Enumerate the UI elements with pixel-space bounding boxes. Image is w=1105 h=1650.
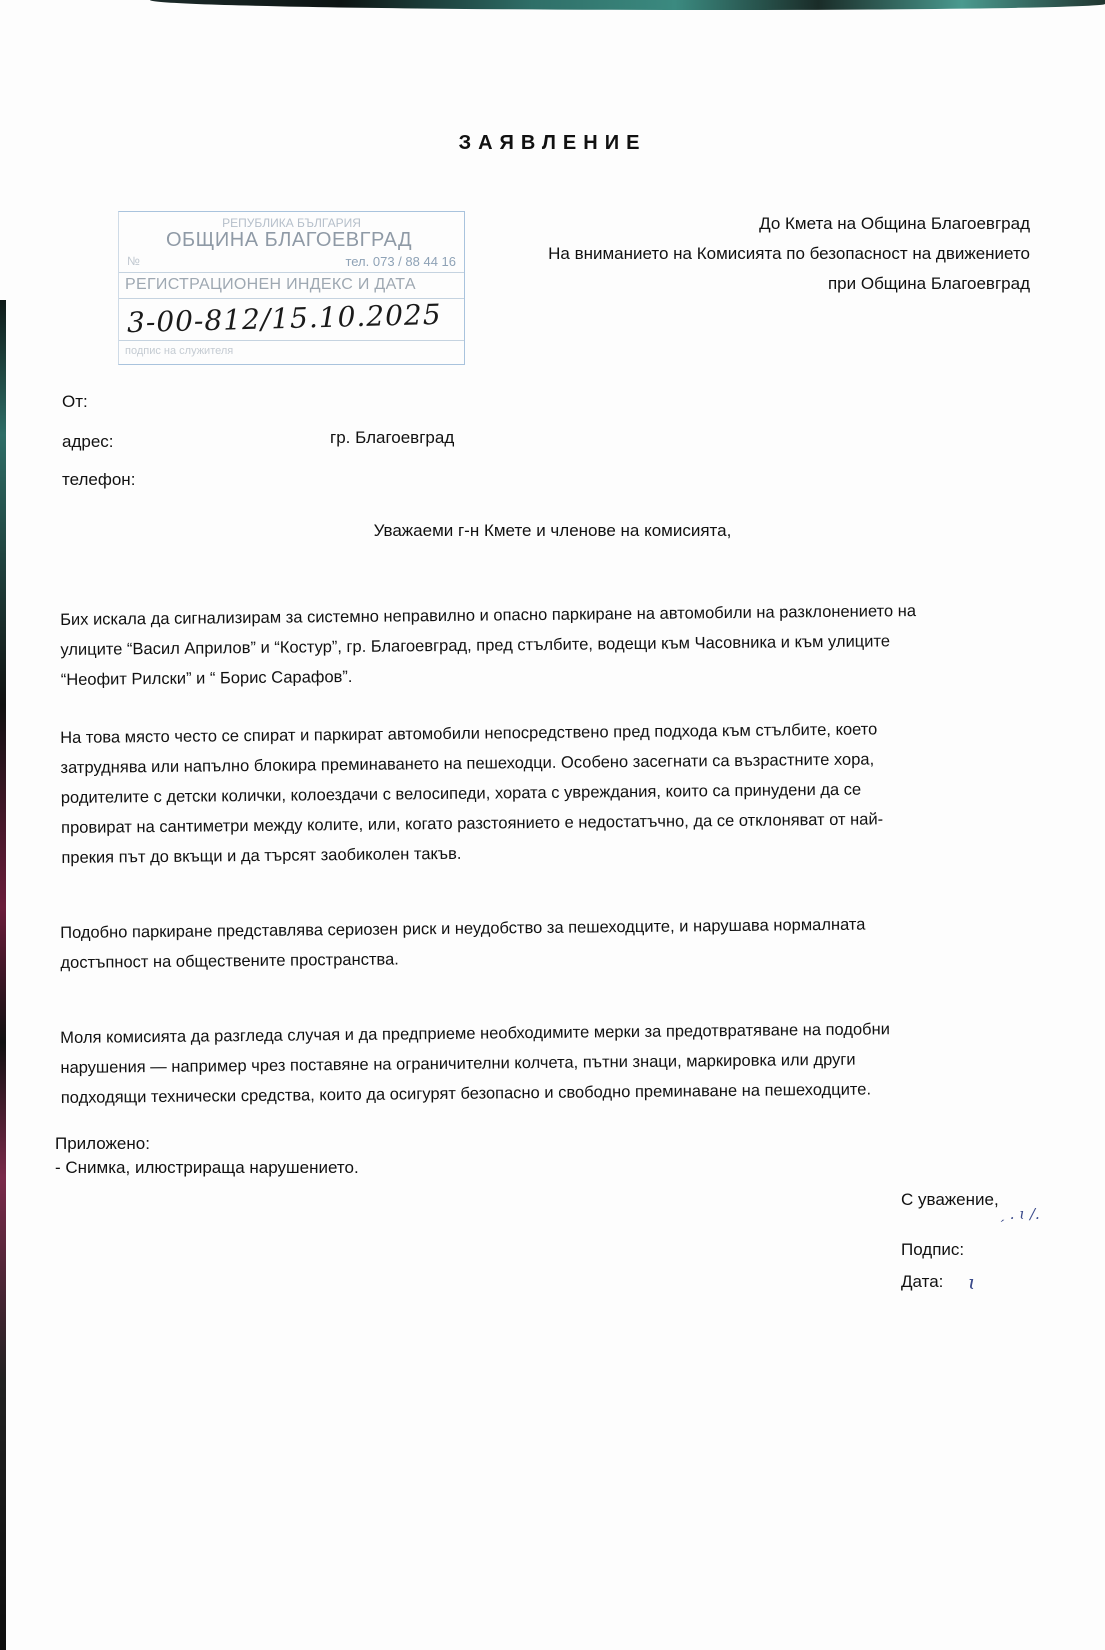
handwritten-date-mark: ɩ xyxy=(968,1270,976,1294)
paragraph-problem: На това място често се спират и паркират… xyxy=(60,713,1052,873)
stamp-divider xyxy=(119,272,464,273)
addressee-block: До Кмета на Община Благоевград На вниман… xyxy=(548,209,1030,299)
phone-label: телефон: xyxy=(62,470,135,490)
paragraph-request: Моля комисията да разгледа случая и да п… xyxy=(60,1013,1051,1113)
address-label: адрес: xyxy=(62,432,114,452)
handwritten-signature-mark: ˏ . ɩ /. xyxy=(1000,1205,1040,1224)
attachments-block: Приложено: - Снимка, илюстрираща нарушен… xyxy=(55,1132,359,1180)
attachment-item: - Снимка, илюстрираща нарушението. xyxy=(55,1156,359,1180)
date-label: Дата: xyxy=(901,1272,943,1292)
paragraph-risk: Подобно паркиране представлява сериозен … xyxy=(60,908,1051,978)
stamp-divider xyxy=(119,340,464,341)
stamp-phone: тел. 073 / 88 44 16 xyxy=(345,254,456,269)
registration-stamp: РЕПУБЛИКА БЪЛГАРИЯ ОБЩИНА БЛАГОЕВГРАД № … xyxy=(118,211,465,365)
stamp-registration-number: 3-00-812/15.10.2025 xyxy=(127,298,442,339)
attachments-label: Приложено: xyxy=(55,1132,359,1156)
addressee-line: На вниманието на Комисията по безопаснос… xyxy=(548,239,1030,269)
from-label: От: xyxy=(62,392,88,412)
addressee-line: До Кмета на Община Благоевград xyxy=(548,209,1030,239)
signature-label: Подпис: xyxy=(901,1240,964,1260)
stamp-index-label: РЕГИСТРАЦИОНЕН ИНДЕКС И ДАТА xyxy=(125,276,455,294)
stamp-footer: подпис на служителя xyxy=(125,345,233,357)
stamp-country: РЕПУБЛИКА БЪЛГАРИЯ xyxy=(119,216,464,230)
address-value: гр. Благоевград xyxy=(330,428,454,448)
addressee-line: при Община Благоевград xyxy=(548,269,1030,299)
stamp-number-label: № xyxy=(127,254,140,268)
salutation: Уважаеми г-н Кмете и членове на комисият… xyxy=(0,521,1105,541)
stamp-institution: ОБЩИНА БЛАГОЕВГРАД xyxy=(139,229,439,252)
document-page: ЗАЯВЛЕНИЕ РЕПУБЛИКА БЪЛГАРИЯ ОБЩИНА БЛАГ… xyxy=(0,0,1105,1650)
document-title: ЗАЯВЛЕНИЕ xyxy=(0,132,1105,155)
closing-regards: С уважение, xyxy=(901,1190,999,1210)
paragraph-location: Бих искала да сигнализирам за системно н… xyxy=(60,595,1051,695)
